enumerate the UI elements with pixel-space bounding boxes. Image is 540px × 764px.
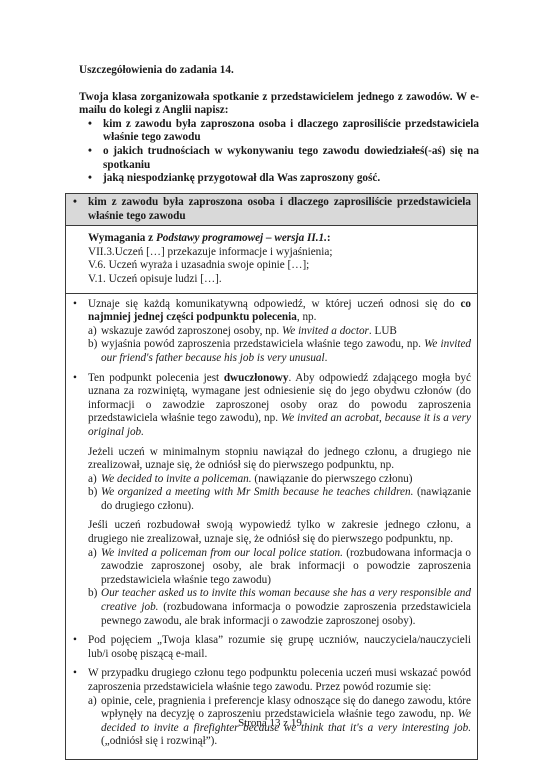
requirement-line: VII.3.Uczeń […] przekazuje informacje i … [88, 246, 471, 260]
requirement-line: V.6. Uczeń wyraża i uzasadnia swoje opin… [88, 259, 471, 273]
requirements-block: Wymagania z Podstawy programowej – wersj… [66, 226, 477, 293]
requirement-line: V.1. Uczeń opisuje ludzi […]. [88, 273, 471, 287]
criteria-header-text: kim z zawodu była zaproszona osoba i dla… [73, 196, 471, 223]
task-intro: Uszczegółowienia do zadania 14. Twoja kl… [79, 64, 479, 186]
example-a: a)We decided to invite a policeman. (naw… [88, 473, 471, 487]
criteria-details: Uznaje się każdą komunikatywną odpowiedź… [66, 294, 477, 759]
minimal-paragraph: Jeżeli uczeń w minimalnym stopniu nawiąz… [88, 446, 471, 473]
example-b: b)Our teacher asked us to invite this wo… [88, 587, 471, 628]
expanded-paragraph: Jeśli uczeń rozbudował swoją wypowiedź t… [88, 519, 471, 546]
criteria-header: kim z zawodu była zaproszona osoba i dla… [66, 194, 477, 226]
document-page: Uszczegółowienia do zadania 14. Twoja kl… [0, 0, 540, 764]
page-number: Strona 13 z 19 [0, 717, 540, 731]
section-title: Uszczegółowienia do zadania 14. [79, 64, 479, 78]
criteria-bullet-3: Pod pojęciem „Twoja klasa” rozumie się g… [73, 634, 471, 661]
requirements-title: Wymagania z Podstawy programowej – wersj… [88, 232, 471, 246]
criteria-bullet-4: W przypadku drugiego członu tego podpunk… [73, 667, 471, 749]
criteria-bullet-2: Ten podpunkt polecenia jest dwuczłonowy.… [73, 372, 471, 629]
example-a: a)We invited a policeman from our local … [88, 547, 471, 588]
example-b: b)We organized a meeting with Mr Smith b… [88, 486, 471, 513]
example-b: b)wyjaśnia powód zaproszenia przedstawic… [88, 338, 471, 365]
task-lead: Twoja klasa zorganizowała spotkanie z pr… [79, 91, 479, 118]
example-a: a)wskazuje zawód zaproszonej osoby, np. … [88, 325, 471, 339]
task-bullet: jaką niespodziankę przygotował dla Was z… [88, 172, 479, 186]
task-bullets: kim z zawodu była zaproszona osoba i dla… [79, 118, 479, 186]
task-bullet: kim z zawodu była zaproszona osoba i dla… [88, 118, 479, 145]
criteria-bullet-1: Uznaje się każdą komunikatywną odpowiedź… [73, 298, 471, 366]
criteria-table: kim z zawodu była zaproszona osoba i dla… [65, 193, 478, 760]
task-bullet: o jakich trudnościach w wykonywaniu tego… [88, 145, 479, 172]
